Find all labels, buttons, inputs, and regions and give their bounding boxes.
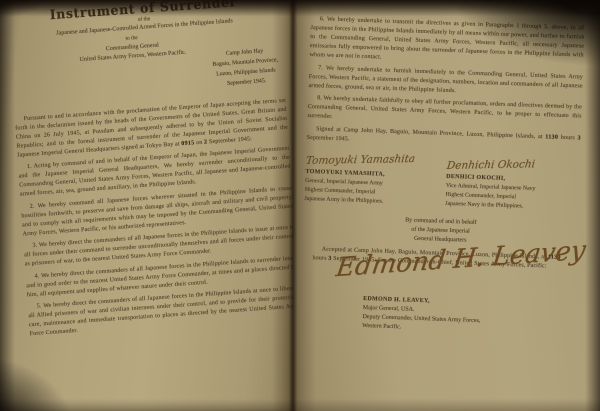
yamashita-signature-block: Tomoyuki Yamashita TOMOYUKI YAMASHITA, G… — [304, 156, 434, 207]
accepted-text-2: hours — [312, 255, 328, 262]
signature-row: Tomoyuki Yamashita TOMOYUKI YAMASHITA, G… — [304, 156, 579, 213]
right-page-content: 6. We hereby undertake to transmit the d… — [300, 15, 585, 338]
signed-time-bold: 1130 — [545, 134, 558, 140]
right-page: 6. We hereby undertake to transmit the d… — [293, 0, 600, 411]
signed-text-3: September 1945. — [307, 134, 350, 141]
dateline-block: Camp John Hay Baguio, Mountain Province,… — [196, 44, 295, 91]
preamble-text-3: September 1945: — [207, 136, 252, 145]
left-page-content: Instrument of Surrender of the Japanese … — [7, 0, 301, 339]
paragraph-6: 6. We hereby undertake to transmit the d… — [309, 15, 584, 70]
okochi-handwritten-signature: Denhichi Okochi — [446, 159, 580, 170]
okochi-signature-block: Denhichi Okochi DENHICI OKOCHI, Vice Adm… — [433, 161, 580, 213]
signed-day-bold: 3 — [577, 135, 581, 141]
left-page: Instrument of Surrender of the Japanese … — [0, 0, 293, 411]
preamble-time-bold: 0915 — [181, 140, 195, 147]
open-book-photo: Instrument of Surrender of the Japanese … — [0, 0, 600, 411]
leavey-signature-block: Edmond H. Leavey EDMOND H. LEAVEY, Major… — [362, 294, 575, 337]
yamashita-handwritten-signature: Tomoyuki Yamashita — [305, 154, 435, 165]
signed-text-2: hours — [558, 134, 578, 141]
